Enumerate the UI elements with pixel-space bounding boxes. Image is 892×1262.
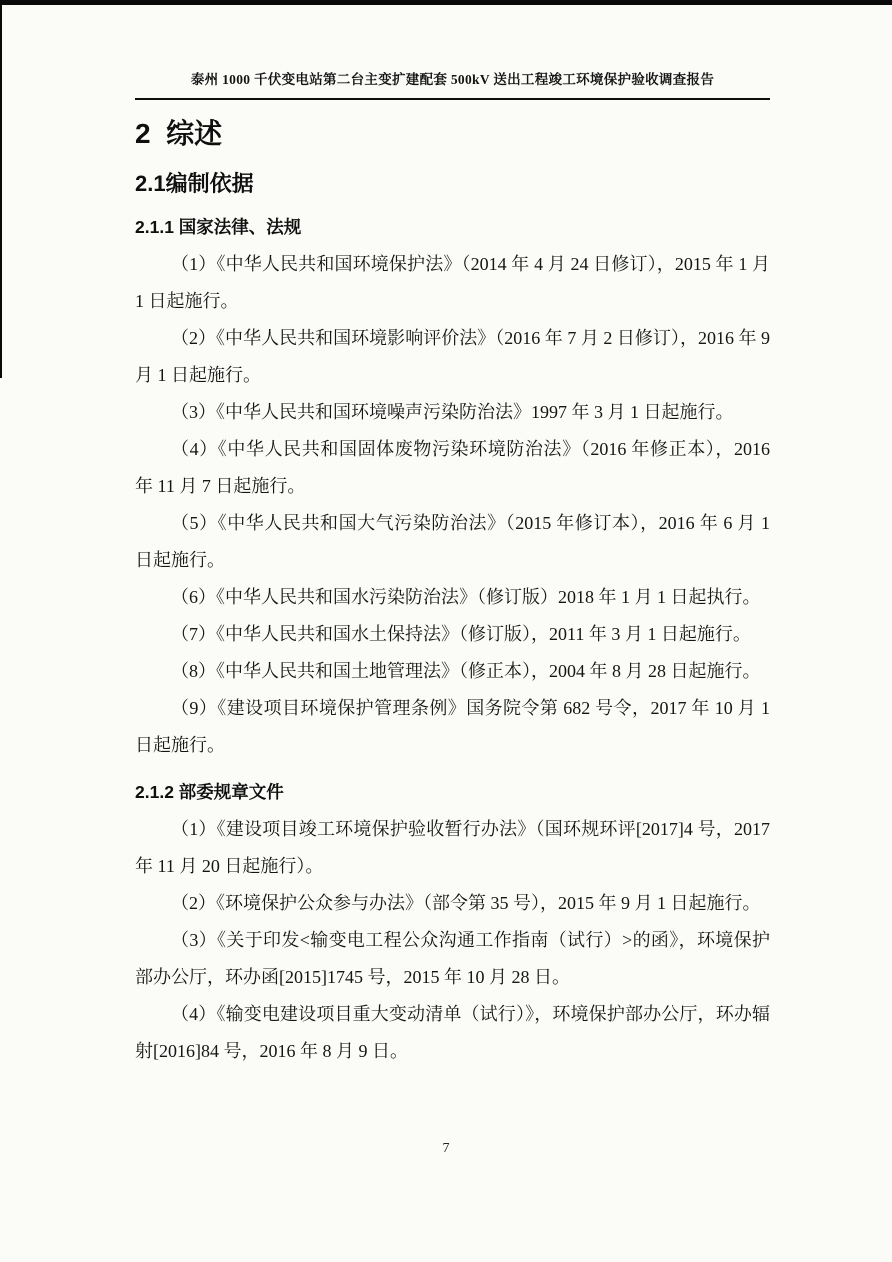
law-item-1: （1）《中华人民共和国环境保护法》（2014 年 4 月 24 日修订），201… <box>135 246 770 320</box>
law-item-8: （8）《中华人民共和国土地管理法》（修正本），2004 年 8 月 28 日起施… <box>135 653 770 690</box>
chapter-heading: 2 综述 <box>135 115 770 152</box>
subsection-heading-ministry-documents: 2.1.2 部委规章文件 <box>135 781 770 804</box>
ministry-doc-item-1: （1）《建设项目竣工环境保护验收暂行办法》（国环规环评[2017]4 号，201… <box>135 811 770 885</box>
document-page: 泰州 1000 千伏变电站第二台主变扩建配套 500kV 送出工程竣工环境保护验… <box>0 0 892 1262</box>
scan-edge-left <box>0 0 2 378</box>
law-item-9: （9）《建设项目环境保护管理条例》国务院令第 682 号令，2017 年 10 … <box>135 690 770 764</box>
header-rule <box>135 98 770 100</box>
law-item-3: （3）《中华人民共和国环境噪声污染防治法》1997 年 3 月 1 日起施行。 <box>135 394 770 431</box>
law-item-4: （4）《中华人民共和国固体废物污染环境防治法》（2016 年修正本），2016 … <box>135 431 770 505</box>
page-content: 泰州 1000 千伏变电站第二台主变扩建配套 500kV 送出工程竣工环境保护验… <box>135 0 770 1070</box>
page-number: 7 <box>0 1140 892 1158</box>
ministry-doc-item-3: （3）《关于印发<输变电工程公众沟通工作指南（试行）>的函》，环境保护部办公厅，… <box>135 922 770 996</box>
law-item-7: （7）《中华人民共和国水土保持法》（修订版），2011 年 3 月 1 日起施行… <box>135 616 770 653</box>
law-item-6: （6）《中华人民共和国水污染防治法》（修订版）2018 年 1 月 1 日起执行… <box>135 579 770 616</box>
ministry-doc-item-2: （2）《环境保护公众参与办法》（部令第 35 号），2015 年 9 月 1 日… <box>135 885 770 922</box>
law-item-2: （2）《中华人民共和国环境影响评价法》（2016 年 7 月 2 日修订），20… <box>135 320 770 394</box>
subsection-heading-national-laws: 2.1.1 国家法律、法规 <box>135 216 770 239</box>
ministry-doc-item-4: （4）《输变电建设项目重大变动清单（试行）》，环境保护部办公厅，环办辐射[201… <box>135 996 770 1070</box>
law-item-5: （5）《中华人民共和国大气污染防治法》（2015 年修订本），2016 年 6 … <box>135 505 770 579</box>
section-heading: 2.1编制依据 <box>135 169 770 199</box>
running-header-title: 泰州 1000 千伏变电站第二台主变扩建配套 500kV 送出工程竣工环境保护验… <box>135 70 770 90</box>
